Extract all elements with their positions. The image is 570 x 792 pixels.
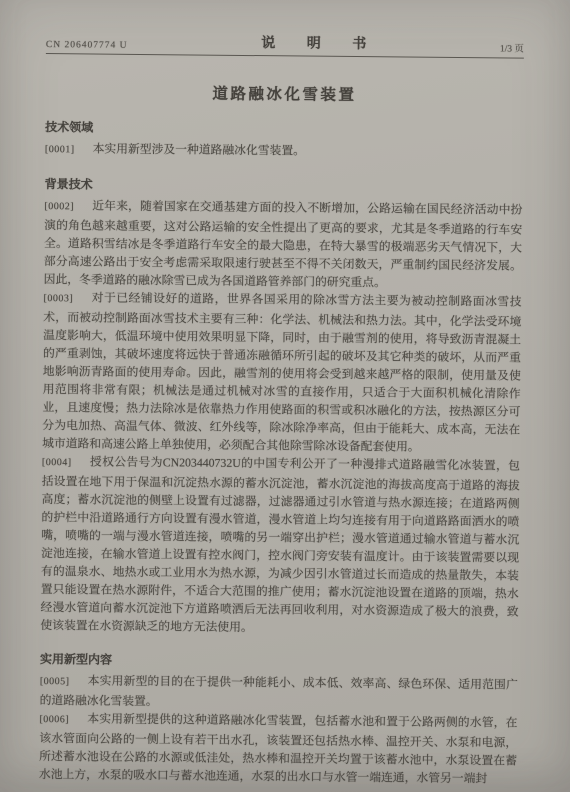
page-body: CN 206407774 U 说 明 书 1/3 页 道路融冰化雪装置 技术领域… [0,0,570,788]
paragraph-text: 本实用新型提供的这种道路融冰化雪装置，包括蓄水池和置于公路两侧的水管，在该水管面… [39,711,518,785]
paragraph: [0002]近年来，随着国家在交通基建方面的投入不断增加，公路运输在国民经济活动… [44,196,523,293]
paragraph-number: [0002] [44,201,74,212]
paragraph-number: [0001] [45,144,75,155]
paragraph: [0006]本实用新型提供的这种道路融冰化雪装置，包括蓄水池和置于公路两侧的水管… [39,709,518,788]
document-section: 背景技术[0002]近年来，随着国家在交通基建方面的投入不断增加，公路运输在国民… [40,175,522,639]
paragraph-number: [0005] [40,676,70,687]
page-header: CN 206407774 U 说 明 书 1/3 页 [46,30,524,59]
scanned-page: CN 206407774 U 说 明 书 1/3 页 道路融冰化雪装置 技术领域… [0,0,570,788]
paragraph: [0005]本实用新型的目的在于提供一种能耗小、成本低、效率高、绿色环保、适用范… [40,671,518,714]
paragraph-text: 本实用新型的目的在于提供一种能耗小、成本低、效率高、绿色环保、适用范围广的道路融… [40,673,518,708]
document-section: 技术领域[0001]本实用新型涉及一种道路融冰化雪装置。 [45,118,523,164]
paragraph: [0004]授权公告号为CN203440732U的中国专利公开了一种漫排式道路融… [40,452,520,639]
paragraph-text: 对于已经铺设好的道路，世界各国采用的除冰雪方法主要为被动控制路面冰雪技术，而被动… [42,291,522,454]
section-heading: 技术领域 [45,118,523,140]
paragraph-number: [0003] [43,293,73,304]
document-type-label: 说 明 书 [247,32,380,53]
paragraph: [0003]对于已经铺设好的道路，世界各国采用的除冰雪方法主要为被动控制路面冰雪… [42,288,522,457]
paragraph-text: 近年来，随着国家在交通基建方面的投入不断增加，公路运输在国民经济活动中扮演的角色… [44,199,523,290]
paragraph: [0001]本实用新型涉及一种道路融冰化雪装置。 [45,139,523,164]
paragraph-text: 授权公告号为CN203440732U的中国专利公开了一种漫排式道路融雪化冰装置，… [40,454,520,634]
section-heading: 实用新型内容 [40,650,518,672]
document-section: 实用新型内容[0005]本实用新型的目的在于提供一种能耗小、成本低、效率高、绿色… [39,650,518,788]
page-indicator: 1/3 页 [500,40,524,54]
document-sections: 技术领域[0001]本实用新型涉及一种道路融冰化雪装置。背景技术[0002]近年… [39,118,523,788]
paragraph-text: 本实用新型涉及一种道路融冰化雪装置。 [93,142,305,158]
paragraph-number: [0006] [39,714,69,725]
paragraph-number: [0004] [42,457,72,468]
invention-title: 道路融冰化雪装置 [45,80,523,107]
patent-number: CN 206407774 U [46,40,128,51]
section-heading: 背景技术 [45,175,523,197]
